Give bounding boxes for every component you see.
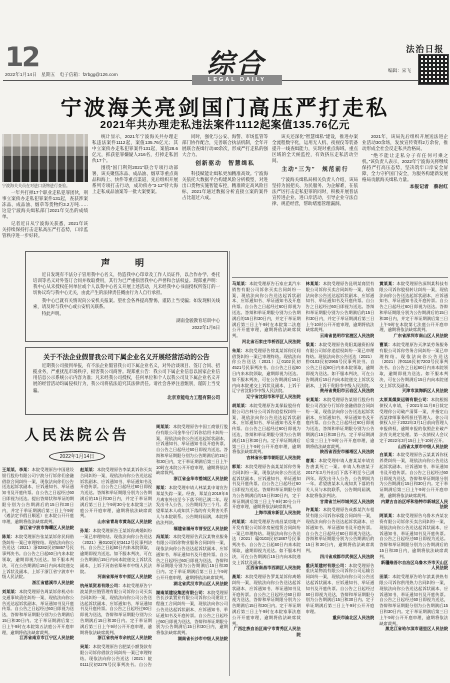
court-notice-item: 湖南某建设集团有限公司：本院受理原告长沙某置业有限公司诉你公司建设工程施工合同纠… <box>156 590 228 642</box>
statement-paragraph: 我中心已就有关情况向公安机关报案。望社会各界提高警惕，谨防上当受骗；如发现相关线… <box>33 298 220 310</box>
notice-court-signature: 甘肃省兰州市城关区人民法院 <box>306 499 375 505</box>
section-subtitle-bar: LEGAL DAILY <box>192 75 282 85</box>
notice-court-signature: 上海市浦东新区人民法院 <box>232 510 301 516</box>
notice-body: 本院受理原告昆明某商贸有限公司诉你买卖合同纠纷一案，现依法向你公告送达起诉状副本… <box>306 281 375 332</box>
article-paragraph: 科技赋能让缉私更加精准高效。宁波海关依托大数据平台构建风险分析模型，对进出口货物… <box>182 171 268 201</box>
notice-body: 本院受理申请人唐某某申请宣告唐某死亡一案。申请人称唐某于2017年3月外出后下落… <box>306 458 375 498</box>
court-notice-item: 杭州某贸易有限公司：本院受理原告宁波某供应链管理有限公司诉你公司买卖合同纠纷一案… <box>80 583 152 641</box>
court-notice-item: 王某某、李某：本院受理原告中国建设银行股份有限公司宁波分行诉你们金融借款合同纠纷… <box>2 467 74 531</box>
article-paragraph: 同时，强化与公安、海警、市场监管等部门协作配合，完善联合执法机制，全年开展联合查… <box>182 134 268 158</box>
notice-lead: 杭州某贸易有限公司： <box>80 583 122 588</box>
court-notice-item: 许某某：本院受理原告成都某汽车租赁有限公司诉你承揽合同纠纷一案，现依法向你公告送… <box>306 507 375 559</box>
notice-court-signature: 黑龙江省哈尔滨市道里区人民法院 <box>379 626 448 632</box>
notice-lead: 白某某： <box>379 452 396 457</box>
company-notice-signature: 北京京能电力工程有限公司 <box>33 395 220 401</box>
court-notice-item: 刘某某：本院受理原告周某诉你机动车交通事故责任纠纷一案，现依法向你公告送达起诉状… <box>2 589 74 641</box>
notice-court-signature: 浙江省金华市婺城区人民法院 <box>156 476 228 482</box>
article-column: 统计显示，2021年宁波海关共办理走私违法案件1112起，案值135.76亿元；… <box>92 134 178 244</box>
notice-body: 本院受理原告高某某诉你劳务合同纠纷一案，现依法向你公告送达起诉状副本、应诉通知书… <box>232 464 301 510</box>
notice-lead: 太原某煤炭运销有限公司： <box>379 397 431 402</box>
notice-court-signature: 浙江省宁波市海曙区人民法院 <box>2 525 74 531</box>
notice-lead: 孙某： <box>80 528 93 533</box>
notice-column: 周某某：本院受理原告中国工商银行股份有限公司金华分行诉你信用卡纠纷一案，现依法向… <box>156 424 228 676</box>
notice-body: 本院受理原告南昌某房地产开发有限公司诉你房屋租赁合同纠纷一案已审理终结。现依法向… <box>232 519 301 565</box>
notice-lead: 刘某某： <box>2 589 19 594</box>
editor-credit: 编辑：宋飞 <box>388 68 411 74</box>
company-notice-paragraph: 近期我公司接到举报，有不法企业假冒我公司下属企业名义，对外洽谈项目、签订合同、招… <box>33 363 220 394</box>
court-notice-item: 冯某某：本院受理原告武汉某物业服务有限公司诉你物业服务合同纠纷一案，现依法向你公… <box>156 534 228 586</box>
statement-date: 2022年1月6日 <box>33 325 220 331</box>
notice-lead: 郑某： <box>156 485 169 490</box>
notice-body: 本院受理原告石家庄某汽车销售有限公司诉你买卖合同纠纷一案，现依法向你公告送达起诉… <box>232 281 301 338</box>
notice-lead: 马某某： <box>232 281 249 286</box>
notice-body: 本院受理原告张某某诉你民间借贷纠纷一案已审理终结。现依法向你公告送达（2021）… <box>2 534 74 580</box>
notice-body: 本院受理申请人林某某申请宣告郑某失踪一案。经查，郑某自2019年6月离家外出至今… <box>156 485 228 525</box>
notice-lead: 唐某： <box>306 458 319 463</box>
notice-lead: 田某： <box>379 574 392 579</box>
court-notice-item: 郑某：本院受理申请人林某某申请宣告郑某失踪一案。经查，郑某自2019年6月离家外… <box>156 485 228 531</box>
notice-body: 本院受理原告贵阳某融资担保有限公司诉你追偿权纠纷一案已审理终结。现依法向你公告送… <box>306 342 375 388</box>
notice-lead: 阿某某： <box>379 513 396 518</box>
notice-body: 本院受理原告哈尔滨某供热有限公司诉你供用热力合同纠纷一案，现依法向你公告送达起诉… <box>379 574 448 625</box>
court-notice-item: 孙某：本院受理原告王某诉你离婚纠纷一案已审理终结。现依法向你公告送达（2021）… <box>80 528 152 580</box>
statement-signature: 湖南金骏教育培训中心 <box>33 318 220 324</box>
court-notice-item: 陈某：本院受理原告张某某诉你民间借贷纠纷一案已审理终结。现依法向你公告送达（20… <box>2 534 74 586</box>
court-notice-item: 朱某：本院受理原告徐某某诉你民间借贷纠纷一案已审理终结。现依法向你公告送达（20… <box>232 348 301 400</box>
notice-body: 本院受理原告乌鲁木齐某农资有限公司诉你买卖合同纠纷一案，现依法向你公告送达起诉状… <box>379 513 448 559</box>
notice-lead: 黄某某： <box>379 281 396 286</box>
notice-lead: 宋某某： <box>306 397 323 402</box>
notice-body: 本院受理原告周某诉你机动车交通事故责任纠纷一案，现依法向你公告送达起诉状副本、举… <box>2 589 74 635</box>
article-subheadline: 2021年共办理走私违法案件1112起案值135.76亿元 <box>0 117 450 132</box>
article-paragraph: “绝不能让走私分子有任何可乘之机。”该负责人表示，2022年宁波海关将继续保持严… <box>362 153 448 183</box>
notice-lead: 许某某： <box>306 507 323 512</box>
notice-court-signature: 广东省深圳市南山区人民法院 <box>379 333 448 339</box>
article-column: 2021年，该局先后组织开展送法进企业活动30余场，发放宣传资料2万余份，推动形… <box>362 134 448 270</box>
statement-closing: 特此声明。 <box>33 311 220 317</box>
notice-court-signature: 福建省福州市晋安区人民法院 <box>156 526 228 532</box>
court-announcements-right: 马某某：本院受理原告石家庄某汽车销售有限公司诉你买卖合同纠纷一案，现依法向你公告… <box>232 281 448 676</box>
notice-body: 本院受理原告某银行股份有限公司西安分行诉你金融借款合同纠纷一案，现依法向你公告送… <box>306 397 375 448</box>
notice-body: 本院受理原告天津某劳务服务有限公司诉你劳务合同纠纷一案已审理终结。现依法向你公告… <box>379 342 448 388</box>
notice-lead: 郭某： <box>232 464 245 469</box>
court-notice-item: 阿某某：本院受理原告乌鲁木齐某农资有限公司诉你买卖合同纠纷一案，现依法向你公告送… <box>379 513 448 571</box>
notice-lead: 何某某： <box>232 519 249 524</box>
notice-lead: 朱某： <box>232 348 245 353</box>
article-column: 宁波海关关员在对进口货物进行查验。 一年共打掉17个职业走私犯罪团伙，刑事立案侦… <box>2 134 88 244</box>
notice-column: 赵某某：本院受理原告李某某诉你买卖合同纠纷一案，现依法向你公告送达起诉状副本、应… <box>80 467 152 667</box>
notice-court-signature: 浙江省慈溪市人民法院 <box>2 580 74 586</box>
notice-body: 本院受理原告重庆某物流有限公司诉你公司运输合同纠纷一案，现依法向你公司公告送达起… <box>306 563 375 614</box>
notice-body: 本院受理原告深圳某科技有限公司诉你股权转让纠纷一案，现依法向你公告送达起诉状副本… <box>379 281 448 332</box>
notice-court-signature: 云南省昆明市官渡区人民法院 <box>306 333 375 339</box>
notice-court-signature: 四川省成都市武侯区人民法院 <box>306 554 375 560</box>
court-notice-item: 梁某：本院受理原告贵阳某融资担保有限公司诉你追偿权纠纷一案已审理终结。现依法向你… <box>306 342 375 394</box>
notice-lead: 湖南某建设集团有限公司： <box>156 590 207 595</box>
notice-lead: 陈某： <box>2 534 15 539</box>
article-byline: 本报记者 蔡岩红 <box>362 185 448 191</box>
page-number: 12 <box>5 44 39 71</box>
notice-body: 本院受理原告成都某汽车租赁有限公司诉你承揽合同纠纷一案，现依法向你公告送达起诉状… <box>306 507 375 553</box>
notice-body: 本院受理原告徐某某诉你民间借贷纠纷一案已审理终结。现依法向你公告送达（2021）… <box>232 348 301 394</box>
notice-court-signature: 浙江省杭州市余杭区人民法院 <box>80 635 152 641</box>
company-notice-box: 关于不法企业假冒我公司下属企业名义开展经营活动的公告 近期我公司接到举报，有不法… <box>25 347 228 415</box>
notice-lead: 赵某某： <box>80 467 97 472</box>
company-notice-title: 关于不法企业假冒我公司下属企业名义开展经营活动的公告 <box>33 352 220 361</box>
notice-body: 本院受理原告云某某诉你抚养费纠纷一案，现依法向你公告送达起诉状副本、应诉通知书、… <box>379 452 448 498</box>
notice-body: 本院受理原告长沙某置业有限公司诉你公司建设工程施工合同纠纷一案，现依法向你公司公… <box>156 590 228 636</box>
notice-court-signature: 湖北省武汉市洪山区人民法院 <box>156 581 228 587</box>
court-announcements-date: 2022年1月14日 <box>49 451 105 462</box>
notice-court-signature: 山西省太原市中级人民法院 <box>379 444 448 450</box>
notice-court-signature: 广西壮族自治区南宁市青秀区人民法院 <box>232 626 301 638</box>
article-paragraph: 宁波海关缉私局相关负责人介绍，该局坚持为国把关、为民服务、为企解难，在依法严厉打… <box>272 177 358 207</box>
article-paragraph: 记者近日从宁波海关获悉，2021年该关持续保持打击走私高压严打态势，口岸监管秩序… <box>2 221 88 239</box>
statement-box: 声 明 近日发现有不法分子冒用我中心名义，伪造我中心印章及工作人员证件，以合作办… <box>25 251 228 342</box>
notice-court-signature: 吉林省长春市朝阳区人民法院 <box>232 455 301 461</box>
photo-caption: 宁波海关关员在对进口货物进行查验。 <box>2 183 88 188</box>
notice-column: 林某某：本院受理原告昆明某商贸有限公司诉你买卖合同纠纷一案，现依法向你公告送达起… <box>306 281 375 676</box>
notice-body: 本院根据债权人申请，于2021年11月8日裁定受理你公司破产清算一案，并指定山西… <box>379 397 448 443</box>
notice-court-signature: 河北省石家庄市桥西区人民法院 <box>232 339 301 345</box>
notice-body: 本院受理原告中国建设银行股份有限公司宁波分行诉你们金融借款合同纠纷一案，现依法向… <box>2 467 74 524</box>
notice-court-signature: 辽宁省沈阳市和平区人民法院 <box>232 394 301 400</box>
notice-body: 本院受理原告武汉某物业服务有限公司诉你物业服务合同纠纷一案，现依法向你公告送达起… <box>156 534 228 580</box>
notice-lead: 梁某： <box>306 342 319 347</box>
notice-court-signature: 江苏省南京市江宁区人民法院 <box>2 635 74 641</box>
court-announcements-header: 人民法院公告 2022年1月14日 <box>2 424 152 463</box>
notice-court-signature: 贵州省贵阳市云岩区人民法院 <box>306 388 375 394</box>
notice-court-signature: 江西省南昌市西湖区人民法院 <box>232 565 301 571</box>
article-column: 该关还深化“智慧缉私”建设，推进办案全流程数字化，运用无人机、夜视仪等装备提升一… <box>272 134 358 270</box>
notice-court-signature: 重庆市渝北区人民法院 <box>306 615 375 621</box>
court-notice-item: 吴某：本院受理原告合肥某小额贷款有限公司诉你借款合同纠纷一案已审理终结。现依法向… <box>80 644 152 667</box>
notice-lead: 林某某： <box>306 281 323 286</box>
notice-body: 本院受理原告宁波某供应链管理有限公司诉你公司买卖合同纠纷一案，现依法向你公司公告… <box>80 583 152 634</box>
court-notice-item: 重庆某建材有限公司：本院受理原告重庆某物流有限公司诉你公司运输合同纠纷一案，现依… <box>306 563 375 621</box>
court-notice-item: 胡某某：本院受理原告某保险股份有限公司吉林分公司诉你追偿权纠纷一案，现依法向你公… <box>232 403 301 461</box>
notice-lead: 高某： <box>232 574 245 579</box>
notice-lead: 冯某某： <box>156 534 173 539</box>
vertical-divider <box>229 251 230 676</box>
court-notice-item: 周某某：本院受理原告中国工商银行股份有限公司金华分行诉你信用卡纠纷一案，现依法向… <box>156 424 228 482</box>
notice-lead: 吴某： <box>80 644 93 649</box>
statement-paragraph: 近日发现有不法分子冒用我中心名义，伪造我中心印章及工作人员证件，以合作办学、委托… <box>33 272 220 297</box>
notice-lead: 胡某某： <box>232 403 249 408</box>
article-column: 同时，强化与公安、海警、市场监管等部门协作配合，完善联合执法机制，全年开展联合查… <box>182 134 268 244</box>
article-paragraph: 2021年，该局先后组织开展送法进企业活动30余场，发放宣传资料2万余份，推动形… <box>362 134 448 152</box>
article-subhead: 创新驱动 智慧缉私 <box>182 161 268 168</box>
notice-lead: 曹某： <box>379 342 392 347</box>
notice-column: 王某某、李某：本院受理原告中国建设银行股份有限公司宁波分行诉你们金融借款合同纠纷… <box>2 467 74 667</box>
notice-court-signature: 湖南省长沙市中级人民法院 <box>156 636 228 642</box>
article-paragraph: 一年共打掉17个职业走私犯罪团伙，刑事立案侦办走私犯罪案件131起，查获涉案冻品… <box>2 190 88 220</box>
notice-court-signature: 天津市滨海新区人民法院 <box>379 388 448 394</box>
article-paragraph: 统计显示，2021年宁波海关共办理走私违法案件1112起，案值135.76亿元；… <box>92 134 178 164</box>
notice-court-signature: 陕西省西安市雁塔区人民法院 <box>306 449 375 455</box>
notice-court-signature: 新疆维吾尔自治区乌鲁木齐市天山区人民法院 <box>379 560 448 572</box>
court-notice-item: 田某：本院受理原告哈尔滨某供热有限公司诉你供用热力合同纠纷一案，现依法向你公告送… <box>379 574 448 632</box>
court-notice-item: 白某某：本院受理原告云某某诉你抚养费纠纷一案，现依法向你公告送达起诉状副本、应诉… <box>379 452 448 510</box>
court-notice-item: 马某某：本院受理原告石家庄某汽车销售有限公司诉你买卖合同纠纷一案，现依法向你公告… <box>232 281 301 345</box>
qr-code-icon <box>418 54 449 85</box>
court-notice-item: 赵某某：本院受理原告李某某诉你买卖合同纠纷一案，现依法向你公告送达起诉状副本、应… <box>80 467 152 525</box>
notice-court-signature: 内蒙古自治区呼和浩特市新城区人民法院 <box>379 499 448 511</box>
notice-court-signature: 山东省青岛市黄岛区人民法院 <box>80 519 152 525</box>
date-line: 2022年1月14日 星期五 电子信箱：fzrbgg@126.com <box>5 72 118 78</box>
article-paragraph: 该关还深化“智慧缉私”建设，推进办案全流程数字化，运用无人机、夜视仪等装备提升一… <box>272 134 358 164</box>
court-notice-item: 唐某：本院受理申请人唐某某申请宣告唐某死亡一案。申请人称唐某于2017年3月外出… <box>306 458 375 504</box>
statement-title: 声 明 <box>33 256 220 269</box>
notice-body: 本院受理原告罗某某诉你离婚纠纷一案，现依法向你公告送达起诉状副本、应诉通知书、举… <box>232 574 301 625</box>
notice-body: 本院受理原告王某诉你离婚纠纷一案已审理终结。现依法向你公告送达（2021）豫01… <box>80 528 152 574</box>
court-announcements-left: 人民法院公告 2022年1月14日 王某某、李某：本院受理原告中国建设银行股份有… <box>2 424 152 676</box>
notice-body: 本院受理原告李某某诉你买卖合同纠纷一案，现依法向你公告送达起诉状副本、应诉通知书… <box>80 467 152 518</box>
horizontal-divider <box>232 277 448 278</box>
court-announcements-title: 人民法院公告 <box>2 424 152 445</box>
notice-lead: 周某某： <box>156 424 173 429</box>
court-notice-item: 黄某某：本院受理原告深圳某科技有限公司诉你股权转让纠纷一案，现依法向你公告送达起… <box>379 281 448 339</box>
court-notice-item: 曹某：本院受理原告天津某劳务服务有限公司诉你劳务合同纠纷一案已审理终结。现依法向… <box>379 342 448 394</box>
court-notice-item: 郭某：本院受理原告高某某诉你劳务合同纠纷一案，现依法向你公告送达起诉状副本、应诉… <box>232 464 301 516</box>
court-notice-item: 高某：本院受理原告罗某某诉你离婚纠纷一案，现依法向你公告送达起诉状副本、应诉通知… <box>232 574 301 638</box>
notice-body: 本院受理原告某保险股份有限公司吉林分公司诉你追偿权纠纷一案，现依法向你公告送达起… <box>232 403 301 454</box>
news-photo <box>2 134 88 182</box>
notice-court-signature: 河南省郑州市中原区人民法院 <box>80 574 152 580</box>
court-notice-item: 太原某煤炭运销有限公司：本院根据债权人申请，于2021年11月8日裁定受理你公司… <box>379 397 448 449</box>
court-notice-item: 宋某某：本院受理原告某银行股份有限公司西安分行诉你金融借款合同纠纷一案，现依法向… <box>306 397 375 455</box>
notice-lead: 重庆某建材有限公司： <box>306 563 349 568</box>
article-subhead: 主动“三为” 规范前行 <box>272 167 358 174</box>
article-paragraph: 围绕“国门利剑2021”联合专项行动部署，该关聚焦冻品、成品油、烟草等重点商品和… <box>92 165 178 195</box>
notice-column: 马某某：本院受理原告石家庄某汽车销售有限公司诉你买卖合同纠纷一案，现依法向你公告… <box>232 281 301 676</box>
newspaper-page: 12 2022年1月14日 星期五 电子信箱：fzrbgg@126.com 综合… <box>0 0 450 683</box>
court-notice-item: 林某某：本院受理原告昆明某商贸有限公司诉你买卖合同纠纷一案，现依法向你公告送达起… <box>306 281 375 339</box>
notice-lead: 王某某、李某： <box>2 467 32 472</box>
notice-column: 黄某某：本院受理原告深圳某科技有限公司诉你股权转让纠纷一案，现依法向你公告送达起… <box>379 281 448 676</box>
notice-body: 本院受理原告中国工商银行股份有限公司金华分行诉你信用卡纠纷一案，现依法向你公告送… <box>156 424 228 475</box>
court-notice-item: 何某某：本院受理原告南昌某房地产开发有限公司诉你房屋租赁合同纠纷一案已审理终结。… <box>232 519 301 571</box>
